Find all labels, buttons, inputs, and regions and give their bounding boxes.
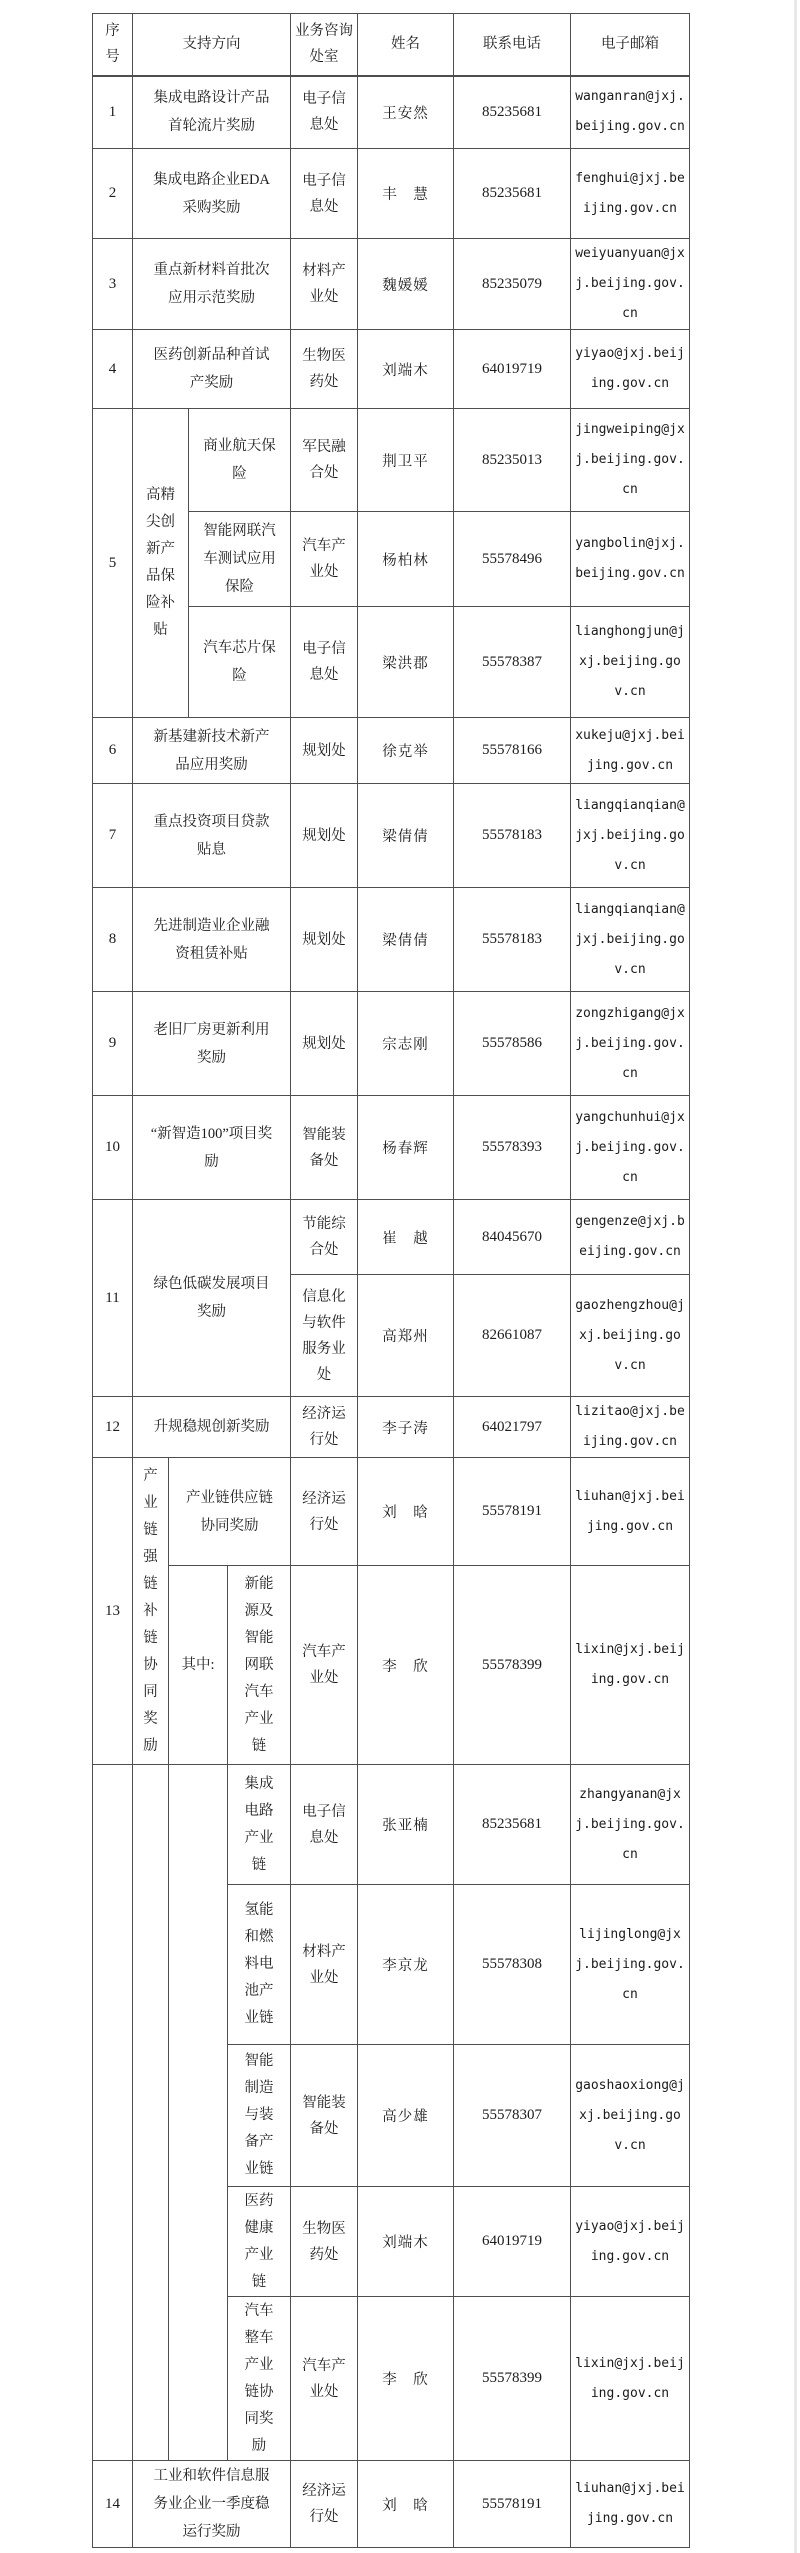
phone-cell: 64019719 <box>454 2187 571 2297</box>
support-direction-cell: 绿色低碳发展项目奖励 <box>133 1200 291 1397</box>
support-direction-cell: 工业和软件信息服务业企业一季度稳运行奖励 <box>133 2461 291 2548</box>
phone-cell: 55578308 <box>454 1885 571 2045</box>
email-cell: gaoshaoxiong@jxj.beijing.gov.cn <box>571 2045 690 2187</box>
table-row: 8先进制造业企业融资租赁补贴规划处梁倩倩55578183liangqianqia… <box>93 888 690 992</box>
industry-chain-cell: 医药健康产业链 <box>228 2187 291 2297</box>
phone-cell: 55578399 <box>454 1566 571 1765</box>
office-cell: 经济运行处 <box>291 1458 358 1566</box>
contact-name-cell: 宗志刚 <box>358 992 454 1096</box>
table-row: 4医药创新品种首试产奖励生物医药处刘端木64019719yiyao@jxj.be… <box>93 330 690 409</box>
group-label-cell: 产业链强链补链协同奖励 <box>133 1458 169 1765</box>
phone-cell: 55578191 <box>454 2461 571 2548</box>
contact-name-cell: 李京龙 <box>358 1885 454 2045</box>
support-direction-cell: 老旧厂房更新利用奖励 <box>133 992 291 1096</box>
row-number-cell: 2 <box>93 149 133 239</box>
table-row: 7重点投资项目贷款贴息规划处梁倩倩55578183liangqianqian@j… <box>93 784 690 888</box>
contact-name-cell: 崔 越 <box>358 1200 454 1275</box>
table-header: 序号支持方向业务咨询处室姓名联系电话电子邮箱 <box>93 14 690 76</box>
office-cell: 信息化与软件服务业处 <box>291 1275 358 1397</box>
row-number-cell: 7 <box>93 784 133 888</box>
empty-cell <box>133 1765 169 2461</box>
row-number-cell: 3 <box>93 239 133 330</box>
email-cell: liuhan@jxj.beijing.gov.cn <box>571 1458 690 1566</box>
col-header-phone: 联系电话 <box>454 14 571 76</box>
office-cell: 电子信息处 <box>291 149 358 239</box>
group-label-cell: 高精尖创新产品保险补贴 <box>133 409 189 718</box>
table-row: 集成电路产业链电子信息处张亚楠85235681zhangyanan@jxj.be… <box>93 1765 690 1885</box>
table-row: 其中:新能源及智能网联汽车产业链汽车产业处李 欣55578399lixin@jx… <box>93 1566 690 1765</box>
row-number-cell: 4 <box>93 330 133 409</box>
office-cell: 智能装备处 <box>291 1096 358 1200</box>
email-cell: zongzhigang@jxj.beijing.gov.cn <box>571 992 690 1096</box>
support-direction-cell: 集成电路企业EDA采购奖励 <box>133 149 291 239</box>
office-cell: 生物医药处 <box>291 330 358 409</box>
phone-cell: 85235079 <box>454 239 571 330</box>
phone-cell: 55578191 <box>454 1458 571 1566</box>
industry-chain-cell: 集成电路产业链 <box>228 1765 291 1885</box>
support-direction-cell: “新智造100”项目奖励 <box>133 1096 291 1200</box>
office-cell: 规划处 <box>291 992 358 1096</box>
office-cell: 智能装备处 <box>291 2045 358 2187</box>
contact-name-cell: 荆卫平 <box>358 409 454 512</box>
sub-direction-cell: 智能网联汽车测试应用保险 <box>189 512 291 607</box>
email-cell: lianghongjun@jxj.beijing.gov.cn <box>571 607 690 718</box>
row-number-cell: 10 <box>93 1096 133 1200</box>
phone-cell: 85235681 <box>454 1765 571 1885</box>
contact-name-cell: 王安然 <box>358 76 454 149</box>
office-cell: 经济运行处 <box>291 2461 358 2548</box>
table-row: 5高精尖创新产品保险补贴商业航天保险军民融合处荆卫平85235013jingwe… <box>93 409 690 512</box>
document-page: { "page": { "background": "#ffffff", "bo… <box>0 0 800 2553</box>
row-number-cell: 5 <box>93 409 133 718</box>
contact-name-cell: 魏媛媛 <box>358 239 454 330</box>
office-cell: 汽车产业处 <box>291 2297 358 2461</box>
table-row: 9老旧厂房更新利用奖励规划处宗志刚55578586zongzhigang@jxj… <box>93 992 690 1096</box>
contact-name-cell: 刘 晗 <box>358 1458 454 1566</box>
table-row: 12升规稳规创新奖励经济运行处李子涛64021797lizitao@jxj.be… <box>93 1397 690 1458</box>
office-cell: 电子信息处 <box>291 76 358 149</box>
support-direction-cell: 集成电路设计产品首轮流片奖励 <box>133 76 291 149</box>
email-cell: gengenze@jxj.beijing.gov.cn <box>571 1200 690 1275</box>
contact-name-cell: 李 欣 <box>358 1566 454 1765</box>
phone-cell: 55578183 <box>454 888 571 992</box>
empty-cell <box>93 1765 133 2461</box>
email-cell: wanganran@jxj.beijing.gov.cn <box>571 76 690 149</box>
email-cell: liangqianqian@jxj.beijing.gov.cn <box>571 784 690 888</box>
sub-direction-cell: 汽车芯片保险 <box>189 607 291 718</box>
office-cell: 规划处 <box>291 718 358 784</box>
col-header-email: 电子邮箱 <box>571 14 690 76</box>
table-row: 3重点新材料首批次应用示范奖励材料产业处魏媛媛85235079weiyuanyu… <box>93 239 690 330</box>
email-cell: lixin@jxj.beijing.gov.cn <box>571 2297 690 2461</box>
office-cell: 规划处 <box>291 784 358 888</box>
col-header-seq: 序号 <box>93 14 133 76</box>
phone-cell: 84045670 <box>454 1200 571 1275</box>
contact-name-cell: 梁倩倩 <box>358 784 454 888</box>
row-number-cell: 11 <box>93 1200 133 1397</box>
table-row: 2集成电路企业EDA采购奖励电子信息处丰 慧85235681fenghui@jx… <box>93 149 690 239</box>
email-cell: yiyao@jxj.beijing.gov.cn <box>571 330 690 409</box>
row-number-cell: 1 <box>93 76 133 149</box>
phone-cell: 55578399 <box>454 2297 571 2461</box>
phone-cell: 55578586 <box>454 992 571 1096</box>
support-direction-cell: 升规稳规创新奖励 <box>133 1397 291 1458</box>
support-policy-contact-table: 序号支持方向业务咨询处室姓名联系电话电子邮箱 1集成电路设计产品首轮流片奖励电子… <box>92 13 690 2548</box>
contact-name-cell: 梁洪郡 <box>358 607 454 718</box>
col-header-name: 姓名 <box>358 14 454 76</box>
row-number-cell: 9 <box>93 992 133 1096</box>
support-direction-cell: 新基建新技术新产品应用奖励 <box>133 718 291 784</box>
email-cell: jingweiping@jxj.beijing.gov.cn <box>571 409 690 512</box>
email-cell: gaozhengzhou@jxj.beijing.gov.cn <box>571 1275 690 1397</box>
email-cell: lixin@jxj.beijing.gov.cn <box>571 1566 690 1765</box>
support-direction-cell: 先进制造业企业融资租赁补贴 <box>133 888 291 992</box>
office-cell: 军民融合处 <box>291 409 358 512</box>
email-cell: zhangyanan@jxj.beijing.gov.cn <box>571 1765 690 1885</box>
sub-direction-cell: 产业链供应链协同奖励 <box>169 1458 291 1566</box>
among-which-cell: 其中: <box>169 1566 228 1765</box>
office-cell: 电子信息处 <box>291 1765 358 1885</box>
industry-chain-cell: 汽车整车产业链协同奖励 <box>228 2297 291 2461</box>
phone-cell: 55578387 <box>454 607 571 718</box>
contact-name-cell: 杨春辉 <box>358 1096 454 1200</box>
phone-cell: 82661087 <box>454 1275 571 1397</box>
table-row: 10“新智造100”项目奖励智能装备处杨春辉55578393yangchunhu… <box>93 1096 690 1200</box>
empty-cell <box>169 1765 228 2461</box>
table-row: 14工业和软件信息服务业企业一季度稳运行奖励经济运行处刘 晗55578191li… <box>93 2461 690 2548</box>
email-cell: weiyuanyuan@jxj.beijing.gov.cn <box>571 239 690 330</box>
contact-name-cell: 李 欣 <box>358 2297 454 2461</box>
page-edge-shadow <box>794 0 797 2553</box>
phone-cell: 64019719 <box>454 330 571 409</box>
office-cell: 规划处 <box>291 888 358 992</box>
phone-cell: 64021797 <box>454 1397 571 1458</box>
phone-cell: 85235013 <box>454 409 571 512</box>
row-number-cell: 12 <box>93 1397 133 1458</box>
industry-chain-cell: 氢能和燃料电池产业链 <box>228 1885 291 2045</box>
support-direction-cell: 医药创新品种首试产奖励 <box>133 330 291 409</box>
office-cell: 节能综合处 <box>291 1200 358 1275</box>
contact-name-cell: 高郑州 <box>358 1275 454 1397</box>
phone-cell: 55578166 <box>454 718 571 784</box>
col-header-support: 支持方向 <box>133 14 291 76</box>
email-cell: liangqianqian@jxj.beijing.gov.cn <box>571 888 690 992</box>
row-number-cell: 13 <box>93 1458 133 1765</box>
email-cell: lizitao@jxj.beijing.gov.cn <box>571 1397 690 1458</box>
email-cell: yangchunhui@jxj.beijing.gov.cn <box>571 1096 690 1200</box>
contact-name-cell: 梁倩倩 <box>358 888 454 992</box>
table-row: 11绿色低碳发展项目奖励节能综合处崔 越84045670gengenze@jxj… <box>93 1200 690 1275</box>
industry-chain-cell: 新能源及智能网联汽车产业链 <box>228 1566 291 1765</box>
contact-name-cell: 刘端木 <box>358 2187 454 2297</box>
contact-name-cell: 杨柏林 <box>358 512 454 607</box>
phone-cell: 85235681 <box>454 149 571 239</box>
phone-cell: 55578393 <box>454 1096 571 1200</box>
email-cell: xukeju@jxj.beijing.gov.cn <box>571 718 690 784</box>
table-body: 1集成电路设计产品首轮流片奖励电子信息处王安然85235681wanganran… <box>93 76 690 2548</box>
email-cell: yiyao@jxj.beijing.gov.cn <box>571 2187 690 2297</box>
office-cell: 电子信息处 <box>291 607 358 718</box>
office-cell: 材料产业处 <box>291 1885 358 2045</box>
row-number-cell: 8 <box>93 888 133 992</box>
office-cell: 材料产业处 <box>291 239 358 330</box>
phone-cell: 55578496 <box>454 512 571 607</box>
contact-name-cell: 徐克举 <box>358 718 454 784</box>
row-number-cell: 14 <box>93 2461 133 2548</box>
industry-chain-cell: 智能制造与装备产业链 <box>228 2045 291 2187</box>
office-cell: 汽车产业处 <box>291 512 358 607</box>
table-row: 1集成电路设计产品首轮流片奖励电子信息处王安然85235681wanganran… <box>93 76 690 149</box>
table-row: 13产业链强链补链协同奖励产业链供应链协同奖励经济运行处刘 晗55578191l… <box>93 1458 690 1566</box>
office-cell: 汽车产业处 <box>291 1566 358 1765</box>
col-header-office: 业务咨询处室 <box>291 14 358 76</box>
email-cell: fenghui@jxj.beijing.gov.cn <box>571 149 690 239</box>
contact-name-cell: 李子涛 <box>358 1397 454 1458</box>
table-row: 6新基建新技术新产品应用奖励规划处徐克举55578166xukeju@jxj.b… <box>93 718 690 784</box>
contact-name-cell: 张亚楠 <box>358 1765 454 1885</box>
phone-cell: 55578183 <box>454 784 571 888</box>
contact-name-cell: 丰 慧 <box>358 149 454 239</box>
row-number-cell: 6 <box>93 718 133 784</box>
support-direction-cell: 重点新材料首批次应用示范奖励 <box>133 239 291 330</box>
support-direction-cell: 重点投资项目贷款贴息 <box>133 784 291 888</box>
phone-cell: 85235681 <box>454 76 571 149</box>
email-cell: liuhan@jxj.beijing.gov.cn <box>571 2461 690 2548</box>
sub-direction-cell: 商业航天保险 <box>189 409 291 512</box>
contact-name-cell: 刘 晗 <box>358 2461 454 2548</box>
office-cell: 生物医药处 <box>291 2187 358 2297</box>
email-cell: yangbolin@jxj.beijing.gov.cn <box>571 512 690 607</box>
email-cell: lijinglong@jxj.beijing.gov.cn <box>571 1885 690 2045</box>
contact-name-cell: 高少雄 <box>358 2045 454 2187</box>
office-cell: 经济运行处 <box>291 1397 358 1458</box>
contact-name-cell: 刘端木 <box>358 330 454 409</box>
phone-cell: 55578307 <box>454 2045 571 2187</box>
